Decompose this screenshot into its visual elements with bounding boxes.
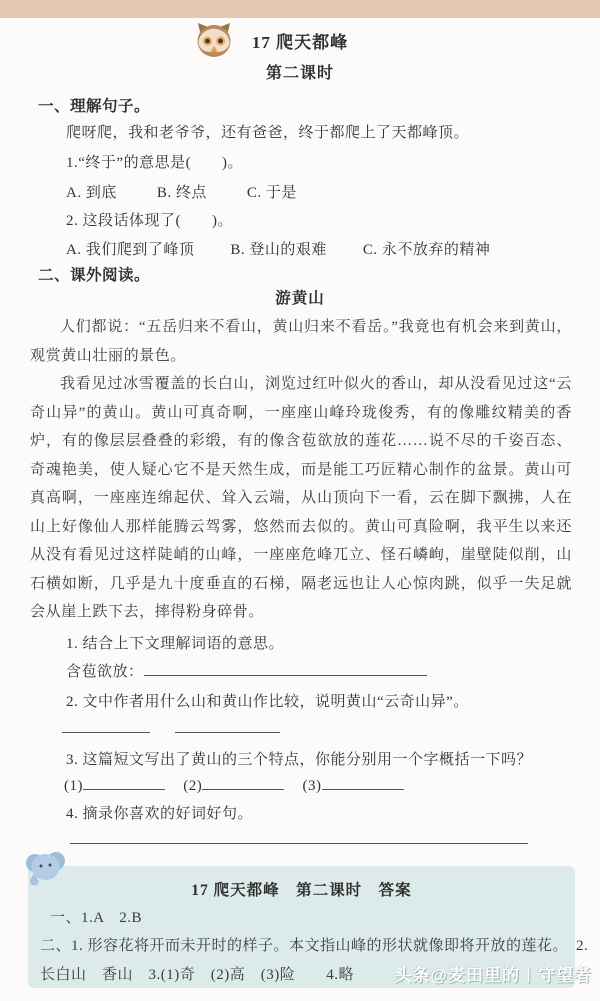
top-decor-bar — [0, 0, 600, 18]
option-c: C. 于是 — [247, 181, 297, 202]
section1-sentence: 爬呀爬，我和老爷爷，还有爸爸，终于都爬上了天都峰顶。 — [66, 121, 469, 142]
answer-blank — [202, 776, 284, 790]
answer-blank — [83, 776, 165, 790]
answers-line-3: 长白山 香山 3.(1)奇 (2)高 (3)险 4.略 — [40, 963, 354, 984]
section2-q4-blank — [70, 830, 528, 849]
item-label: (3) — [303, 778, 322, 794]
section1-heading: 一、理解句子。 — [38, 94, 150, 116]
section1-q2-options: A. 我们爬到了峰顶 B. 登山的艰难 C. 永不放弃的精神 — [66, 238, 490, 259]
page-subtitle: 第二课时 — [0, 60, 600, 83]
section2-q1-blank-row: 含苞欲放： — [66, 660, 427, 681]
word-label: 含苞欲放： — [66, 664, 144, 680]
answer-blank — [175, 719, 280, 733]
watermark-text: 头条@麦田里的丨守望者 — [394, 961, 592, 986]
section2-q2-blanks — [62, 719, 280, 738]
q3-item-1: (1) — [64, 776, 165, 795]
section1-question1: 1.“终于”的意思是( )。 — [66, 151, 243, 172]
answers-title: 17 爬天都峰 第二课时 答案 — [28, 878, 575, 900]
section2-heading: 二、课外阅读。 — [38, 263, 150, 285]
passage-title: 游黄山 — [0, 286, 600, 308]
q3-item-3: (3) — [303, 776, 404, 795]
section2-q3-blanks: (1) (2) (3) — [64, 776, 418, 795]
answer-blank — [70, 830, 528, 844]
option-a: A. 我们爬到了峰顶 — [66, 238, 194, 259]
page-title: 17 爬天都峰 — [0, 28, 600, 53]
worksheet-page: 17 爬天都峰 第二课时 一、理解句子。 爬呀爬，我和老爷爷，还有爸爸，终于都爬… — [0, 0, 600, 1001]
answer-blank — [322, 776, 404, 790]
option-b: B. 终点 — [157, 181, 207, 202]
answer-blank — [62, 719, 150, 733]
answers-line-1: 一、1.A 2.B — [50, 906, 142, 927]
q3-item-2: (2) — [183, 776, 284, 795]
section2-question1: 1. 结合上下文理解词语的意思。 — [66, 632, 284, 653]
answer-blank — [144, 662, 427, 676]
section2-question4: 4. 摘录你喜欢的好词好句。 — [66, 802, 253, 823]
option-c: C. 永不放弃的精神 — [363, 238, 491, 259]
reading-passage: 人们都说：“五岳归来不看山，黄山归来不看岳。”我竟也有机会来到黄山，观赏黄山壮丽… — [30, 313, 572, 627]
passage-paragraph-1: 人们都说：“五岳归来不看山，黄山归来不看岳。”我竟也有机会来到黄山，观赏黄山壮丽… — [30, 313, 572, 370]
section1-question2: 2. 这段话体现了( )。 — [66, 209, 233, 230]
item-label: (1) — [64, 778, 83, 794]
passage-paragraph-2: 我看见过冰雪覆盖的长白山，浏览过红叶似火的香山，却从没看见过这“云奇山异”的黄山… — [30, 370, 572, 627]
item-label: (2) — [183, 778, 202, 794]
option-b: B. 登山的艰难 — [230, 238, 327, 259]
section2-question2: 2. 文中作者用什么山和黄山作比较，说明黄山“云奇山异”。 — [66, 690, 469, 711]
answers-line-2: 二、1. 形容花将开而未开时的样子。本文指山峰的形状就像即将开放的莲花。 2. — [40, 934, 588, 955]
option-a: A. 到底 — [66, 181, 117, 202]
section2-question3: 3. 这篇短文写出了黄山的三个特点，你能分别用一个字概括一下吗？ — [66, 748, 532, 769]
section1-q1-options: A. 到底 B. 终点 C. 于是 — [66, 181, 297, 202]
elephant-mascot-icon — [24, 850, 68, 897]
